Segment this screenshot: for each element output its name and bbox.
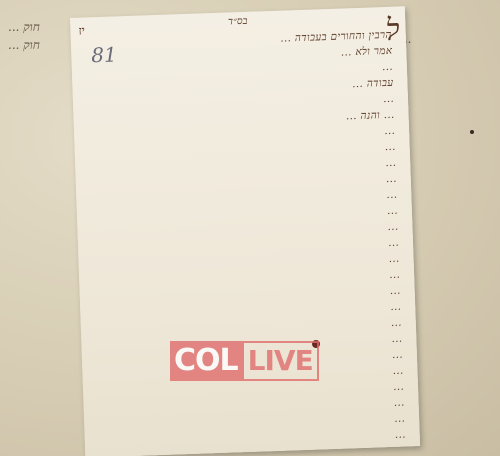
manuscript-page: בס״ד יז 81 ל הרבין והחורים בעבודה ...אמר…	[70, 6, 420, 456]
corner-mark: יז	[78, 23, 85, 38]
background-note: חוק ...	[8, 20, 40, 35]
watermark-col: COL	[170, 341, 242, 381]
watermark: COL LIVE	[170, 341, 310, 381]
ink-dot	[470, 130, 474, 134]
background-note: חוק ...	[8, 38, 40, 53]
watermark-live: LIVE	[242, 341, 319, 381]
